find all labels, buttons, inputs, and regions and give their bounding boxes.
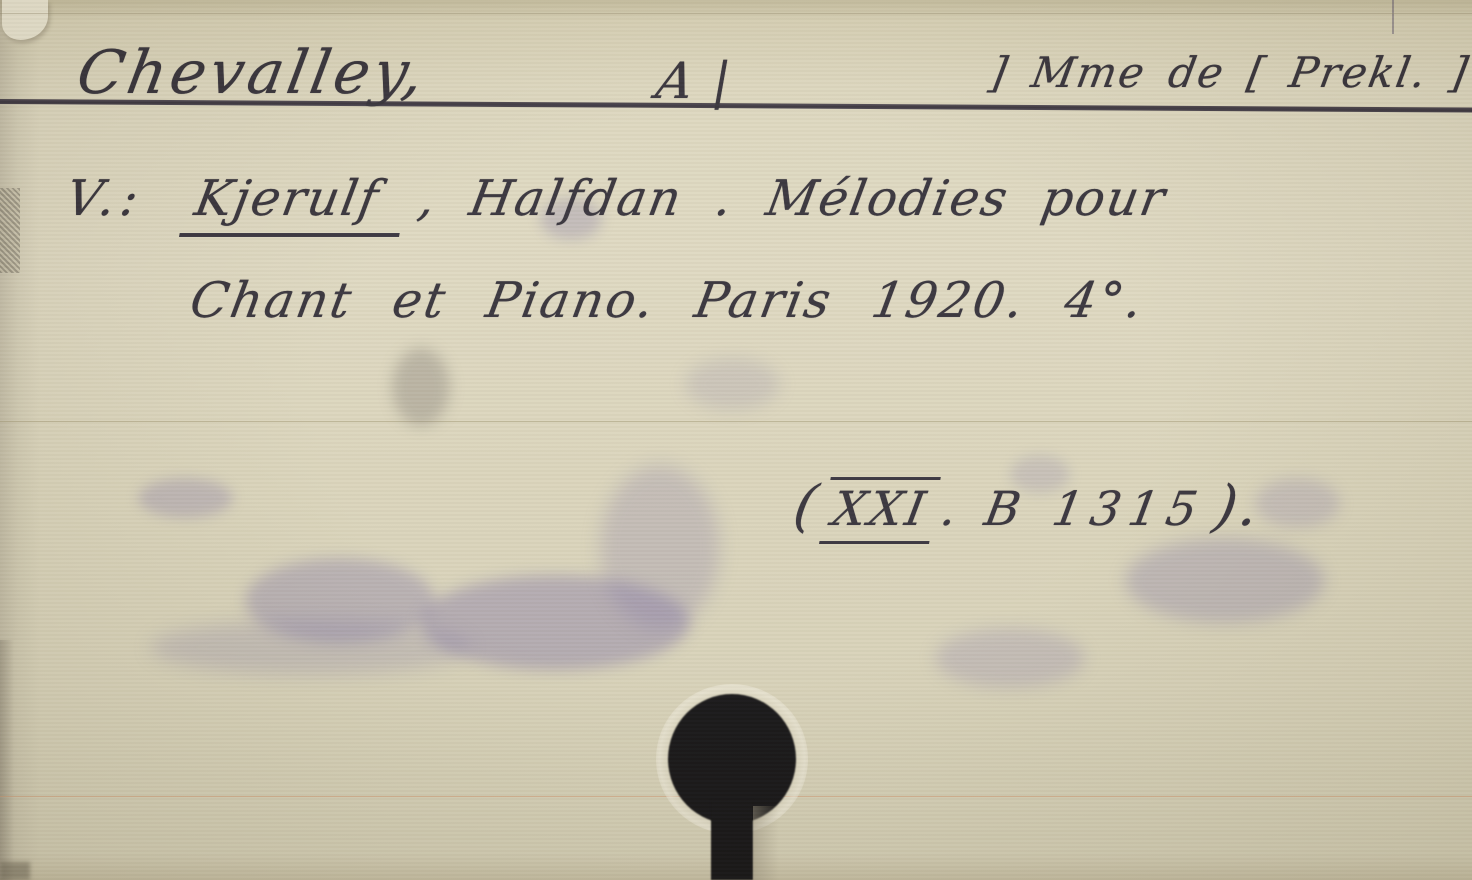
entry-title-line: Chant et Piano. Paris 1920. 4°.	[186, 272, 1149, 329]
scan-edge-shadow-bottom	[0, 862, 30, 880]
ink-stain	[1125, 538, 1325, 623]
heading-initial: A |	[652, 52, 737, 110]
shelfmark-number: 1315	[1048, 482, 1209, 537]
reference-abbrev: V.:	[62, 170, 149, 227]
shelfmark-dot: .	[937, 482, 965, 537]
ink-stain	[420, 575, 690, 670]
scan-edge-shadow	[0, 640, 14, 880]
shelfmark-open-paren: (	[789, 474, 825, 539]
ink-stain	[685, 358, 780, 410]
ink-stain	[1255, 478, 1340, 528]
faint-guide-line-top	[0, 13, 1472, 14]
heading-name: Chevalley,	[72, 38, 433, 108]
scan-corner-artifact	[2, 0, 48, 40]
author-continuation: , Halfdan . Mélodies pour	[414, 170, 1171, 227]
ink-stain	[245, 558, 435, 643]
scan-edge-mark	[1392, 0, 1394, 34]
author-surname-underlined: Kjerulf	[179, 170, 410, 237]
entry-line-1: V.: Kjerulf , Halfdan . Mélodies pour	[60, 170, 1171, 237]
shelfmark-series-letter: B	[981, 482, 1028, 537]
faint-guide-line-middle	[0, 421, 1472, 422]
smudge	[392, 348, 450, 426]
catalog-card-scan: Chevalley, A | ] Mme de [ Prekl. ] V.: K…	[0, 0, 1472, 880]
ink-stain	[935, 628, 1085, 688]
shelfmark-volume-roman: XXI	[819, 477, 941, 544]
scan-edge-artifact	[0, 188, 20, 273]
shelfmark: ( XXI . B 1315 ).	[788, 474, 1266, 544]
hole-punch-slot-shadow	[753, 806, 779, 880]
ink-stain	[150, 620, 470, 675]
shelfmark-close-paren: ).	[1209, 474, 1266, 539]
hole-punch-slot	[711, 800, 753, 880]
ink-stain	[600, 465, 720, 630]
ink-stain	[138, 478, 233, 518]
heading-annotation: ] Mme de [ Prekl. ]	[986, 48, 1472, 97]
